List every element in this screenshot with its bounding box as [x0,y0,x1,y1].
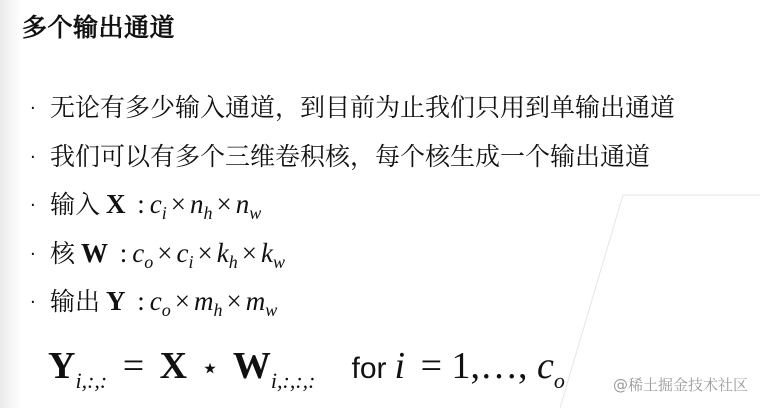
bullet-item: · 我们可以有多个三维卷积核，每个核生成一个输出通道 [30,137,650,173]
formula-range: i = 1,…, co [395,344,565,388]
bullet-text: 无论有多少输入通道，到目前为止我们只用到单输出通道 [50,88,675,124]
bullet-item: · 无论有多少输入通道，到目前为止我们只用到单输出通道 [30,88,675,124]
bullet-dot: · [30,147,50,168]
bullet-dot: · [30,292,50,313]
slide-title: 多个输出通道 [22,8,175,44]
math-expression: W :co×ci×kh×kw [81,238,285,269]
watermark: @稀土掘金技术社区 [613,374,748,395]
formula-for-label: for [351,352,386,386]
convolution-formula: Yi,:,: = X ⋆ Wi,:,:,: for i = 1,…, co [48,344,565,388]
star-operator-icon: ⋆ [201,352,220,385]
left-edge-shade [0,0,22,408]
math-expression: Y :co×mh×mw [106,286,277,317]
bullet-text: 我们可以有多个三维卷积核，每个核生成一个输出通道 [50,137,650,173]
bullet-dot: · [30,98,50,119]
formula-lhs: Yi,:,: = X ⋆ Wi,:,:,: [48,344,315,388]
math-expression: X :ci×nh×nw [106,189,261,220]
bullet-label: 输出 [50,282,100,318]
bullet-kernel-shape: · 核 W :co×ci×kh×kw [30,234,285,270]
bullet-dot: · [30,195,50,216]
bullet-label: 输入 [50,185,100,221]
bullet-label: 核 [50,234,75,270]
bullet-output-shape: · 输出 Y :co×mh×mw [30,282,277,318]
bullet-dot: · [30,244,50,265]
bullet-input-shape: · 输入 X :ci×nh×nw [30,185,261,221]
